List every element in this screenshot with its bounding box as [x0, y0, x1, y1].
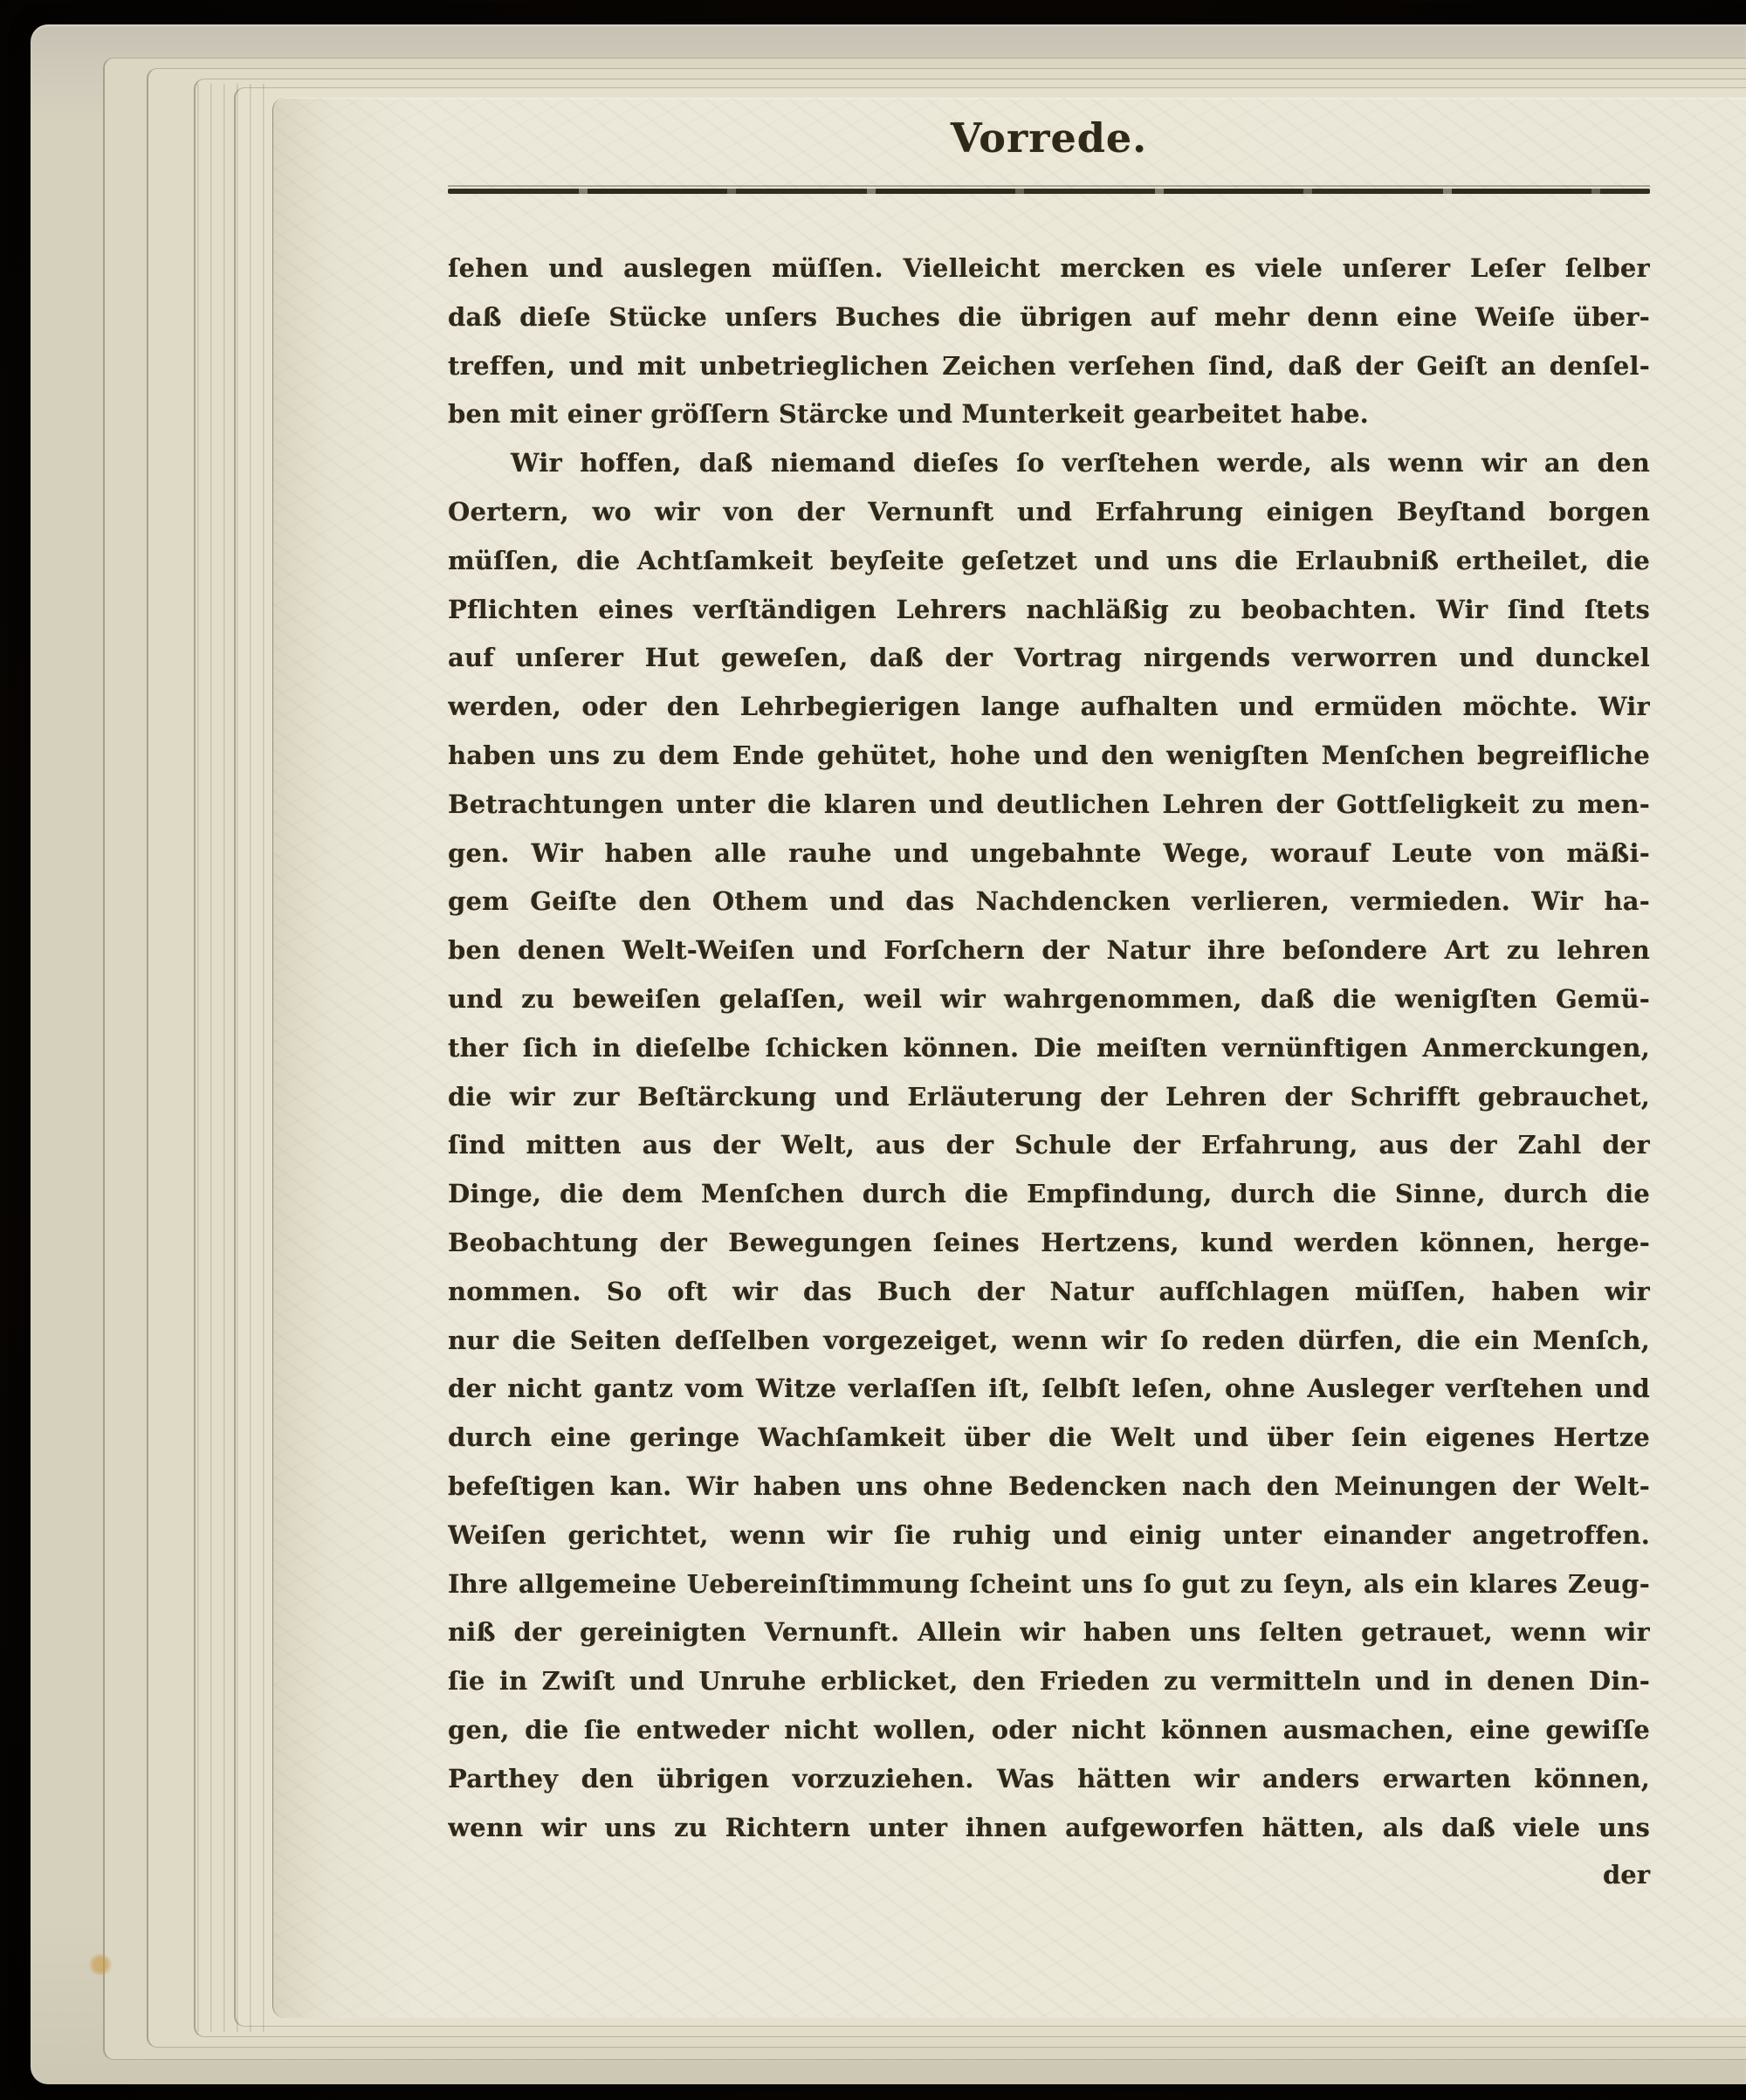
text-line: gen. Wir haben alle rauhe und ungebahnte… — [448, 830, 1650, 878]
text-line: Betrachtungen unter die klaren und deutl… — [448, 781, 1650, 830]
text-line: nommen. So oft wir das Buch der Natur au… — [448, 1268, 1650, 1317]
text-line: ben denen Welt-Weiſen und Forſchern der … — [448, 926, 1650, 975]
text-line: der nicht gantz vom Witze verlaſſen iſt,… — [448, 1365, 1650, 1414]
text-line: und zu beweiſen gelaſſen, weil wir wahrg… — [448, 975, 1650, 1024]
page-heading: Vorrede. — [448, 115, 1650, 161]
text-line: müſſen, die Achtſamkeit beyſeite geſetze… — [448, 537, 1650, 586]
text-line: gen, die ſie entweder nicht wollen, oder… — [448, 1706, 1650, 1755]
catchword: der — [448, 1852, 1650, 1897]
heading-rule — [448, 185, 1650, 194]
text-line: durch eine geringe Wachſamkeit über die … — [448, 1414, 1650, 1463]
text-line: auf unſerer Hut geweſen, daß der Vortrag… — [448, 634, 1650, 683]
paper-stain — [87, 1954, 113, 1975]
text-line: befeſtigen kan. Wir haben uns ohne Beden… — [448, 1463, 1650, 1511]
text-line: daß dieſe Stücke unſers Buches die übrig… — [448, 293, 1650, 342]
text-line: ſind mitten aus der Welt, aus der Schule… — [448, 1121, 1650, 1170]
text-line: ſie in Zwiſt und Unruhe erblicket, den F… — [448, 1657, 1650, 1706]
text-line: Beobachtung der Bewegungen ſeines Hertze… — [448, 1219, 1650, 1268]
scanned-book-photo: Vorrede. ſehen und auslegen müſſen. Viel… — [0, 0, 1746, 2100]
text-line: Parthey den übrigen vorzuziehen. Was hät… — [448, 1755, 1650, 1804]
text-line: niß der gereinigten Vernunft. Allein wir… — [448, 1608, 1650, 1657]
text-line: Dinge, die dem Menſchen durch die Empfin… — [448, 1170, 1650, 1219]
text-line: ben mit einer gröſſern Stärcke und Munte… — [448, 390, 1650, 439]
text-line: treffen, und mit unbetrieglichen Zeichen… — [448, 342, 1650, 391]
text-line: Pflichten eines verſtändigen Lehrers nac… — [448, 586, 1650, 635]
text-line: Ihre allgemeine Uebereinſtimmung ſcheint… — [448, 1560, 1650, 1609]
text-line: wenn wir uns zu Richtern unter ihnen auf… — [448, 1804, 1650, 1853]
text-block: ſehen und auslegen müſſen. Vielleicht me… — [448, 244, 1650, 1897]
text-line: ther ſich in dieſelbe ſchicken können. D… — [448, 1024, 1650, 1073]
text-line: gem Geiſte den Othem und das Nachdencken… — [448, 878, 1650, 926]
page-edge-lines — [197, 84, 274, 2032]
text-line: Wir hoffen, daß niemand dieſes ſo verſte… — [448, 439, 1650, 488]
text-line: nur die Seiten deſſelben vorgezeiget, we… — [448, 1317, 1650, 1366]
text-line: haben uns zu dem Ende gehütet, hohe und … — [448, 732, 1650, 781]
rule-thin-line — [448, 185, 1650, 187]
text-line: werden, oder den Lehrbegierigen lange au… — [448, 683, 1650, 732]
rule-thick-line — [448, 189, 1650, 194]
text-line: die wir zur Beſtärckung und Erläuterung … — [448, 1073, 1650, 1122]
text-line: Weiſen gerichtet, wenn wir ſie ruhig und… — [448, 1511, 1650, 1560]
text-line: ſehen und auslegen müſſen. Vielleicht me… — [448, 244, 1650, 293]
book-page: Vorrede. ſehen und auslegen müſſen. Viel… — [272, 98, 1746, 2018]
text-line: Oertern, wo wir von der Vernunft und Erf… — [448, 488, 1650, 537]
